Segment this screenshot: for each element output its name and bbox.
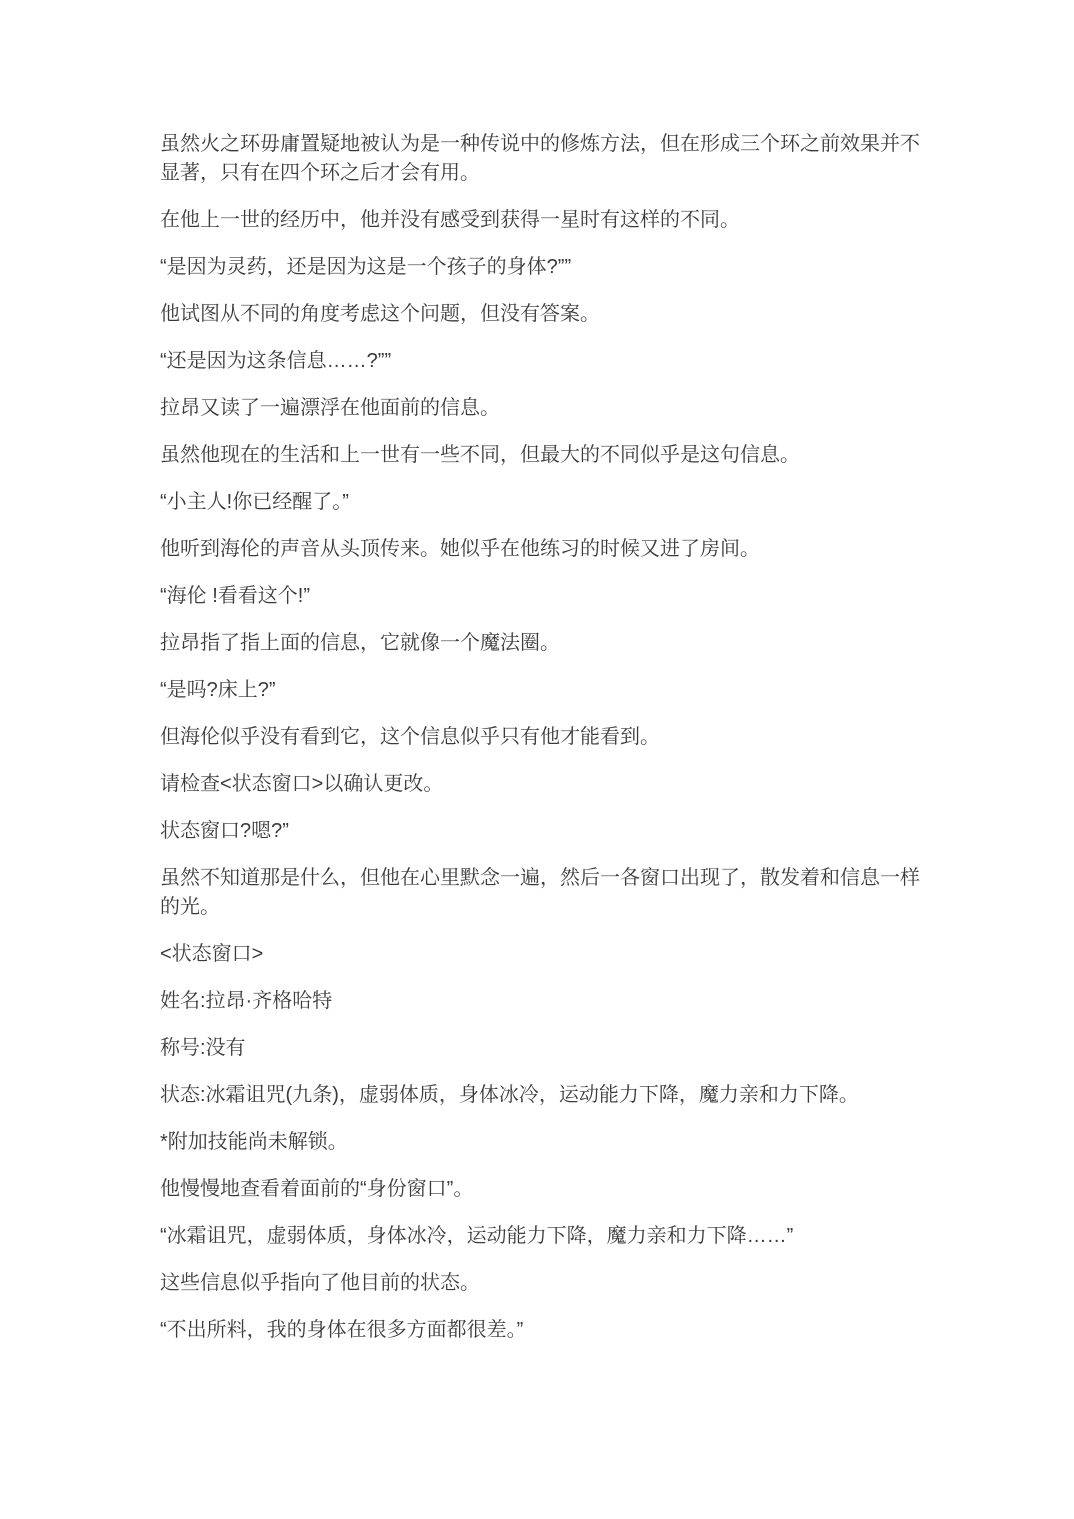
text-content: 虽然火之环毋庸置疑地被认为是一种传说中的修炼方法，但在形成三个环之前效果并不显著… bbox=[160, 130, 922, 1345]
paragraph: 拉昂又读了一遍漂浮在他面前的信息。 bbox=[160, 394, 922, 423]
paragraph: 虽然不知道那是什么，但他在心里默念一遍，然后一各窗口出现了，散发着和信息一样的光… bbox=[160, 864, 922, 922]
paragraph: 请检查<状态窗口>以确认更改。 bbox=[160, 770, 922, 799]
paragraph-status-name: 姓名:拉昂·齐格哈特 bbox=[160, 987, 922, 1016]
paragraph: 在他上一世的经历中，他并没有感受到获得一星时有这样的不同。 bbox=[160, 206, 922, 235]
paragraph: 他听到海伦的声音从头顶传来。她似乎在他练习的时候又进了房间。 bbox=[160, 535, 922, 564]
paragraph-status-effects: 状态:冰霜诅咒(九条)，虚弱体质，身体冰冷，运动能力下降，魔力亲和力下降。 bbox=[160, 1081, 922, 1110]
paragraph: 虽然火之环毋庸置疑地被认为是一种传说中的修炼方法，但在形成三个环之前效果并不显著… bbox=[160, 130, 922, 188]
paragraph: 这些信息似乎指向了他目前的状态。 bbox=[160, 1269, 922, 1298]
paragraph: 状态窗口?嗯?” bbox=[160, 817, 922, 846]
paragraph: “海伦 !看看这个!” bbox=[160, 582, 922, 611]
paragraph: “是因为灵药，还是因为这是一个孩子的身体?”” bbox=[160, 253, 922, 282]
paragraph: “冰霜诅咒，虚弱体质，身体冰冷，运动能力下降，魔力亲和力下降……” bbox=[160, 1222, 922, 1251]
paragraph-status-title: 称号:没有 bbox=[160, 1034, 922, 1063]
paragraph: “还是因为这条信息……?”” bbox=[160, 347, 922, 376]
paragraph: “不出所料，我的身体在很多方面都很差。” bbox=[160, 1316, 922, 1345]
paragraph: 但海伦似乎没有看到它，这个信息似乎只有他才能看到。 bbox=[160, 723, 922, 752]
paragraph: 他慢慢地查看着面前的“身份窗口”。 bbox=[160, 1175, 922, 1204]
paragraph: 拉昂指了指上面的信息，它就像一个魔法圈。 bbox=[160, 629, 922, 658]
document-page: 虽然火之环毋庸置疑地被认为是一种传说中的修炼方法，但在形成三个环之前效果并不显著… bbox=[0, 0, 1074, 1519]
paragraph: “是吗?床上?” bbox=[160, 676, 922, 705]
paragraph-status-window-title: <状态窗口> bbox=[160, 940, 922, 969]
paragraph: “小主人!你已经醒了。” bbox=[160, 488, 922, 517]
paragraph: 虽然他现在的生活和上一世有一些不同，但最大的不同似乎是这句信息。 bbox=[160, 441, 922, 470]
paragraph: 他试图从不同的角度考虑这个问题，但没有答案。 bbox=[160, 300, 922, 329]
paragraph-status-note: *附加技能尚未解锁。 bbox=[160, 1128, 922, 1157]
